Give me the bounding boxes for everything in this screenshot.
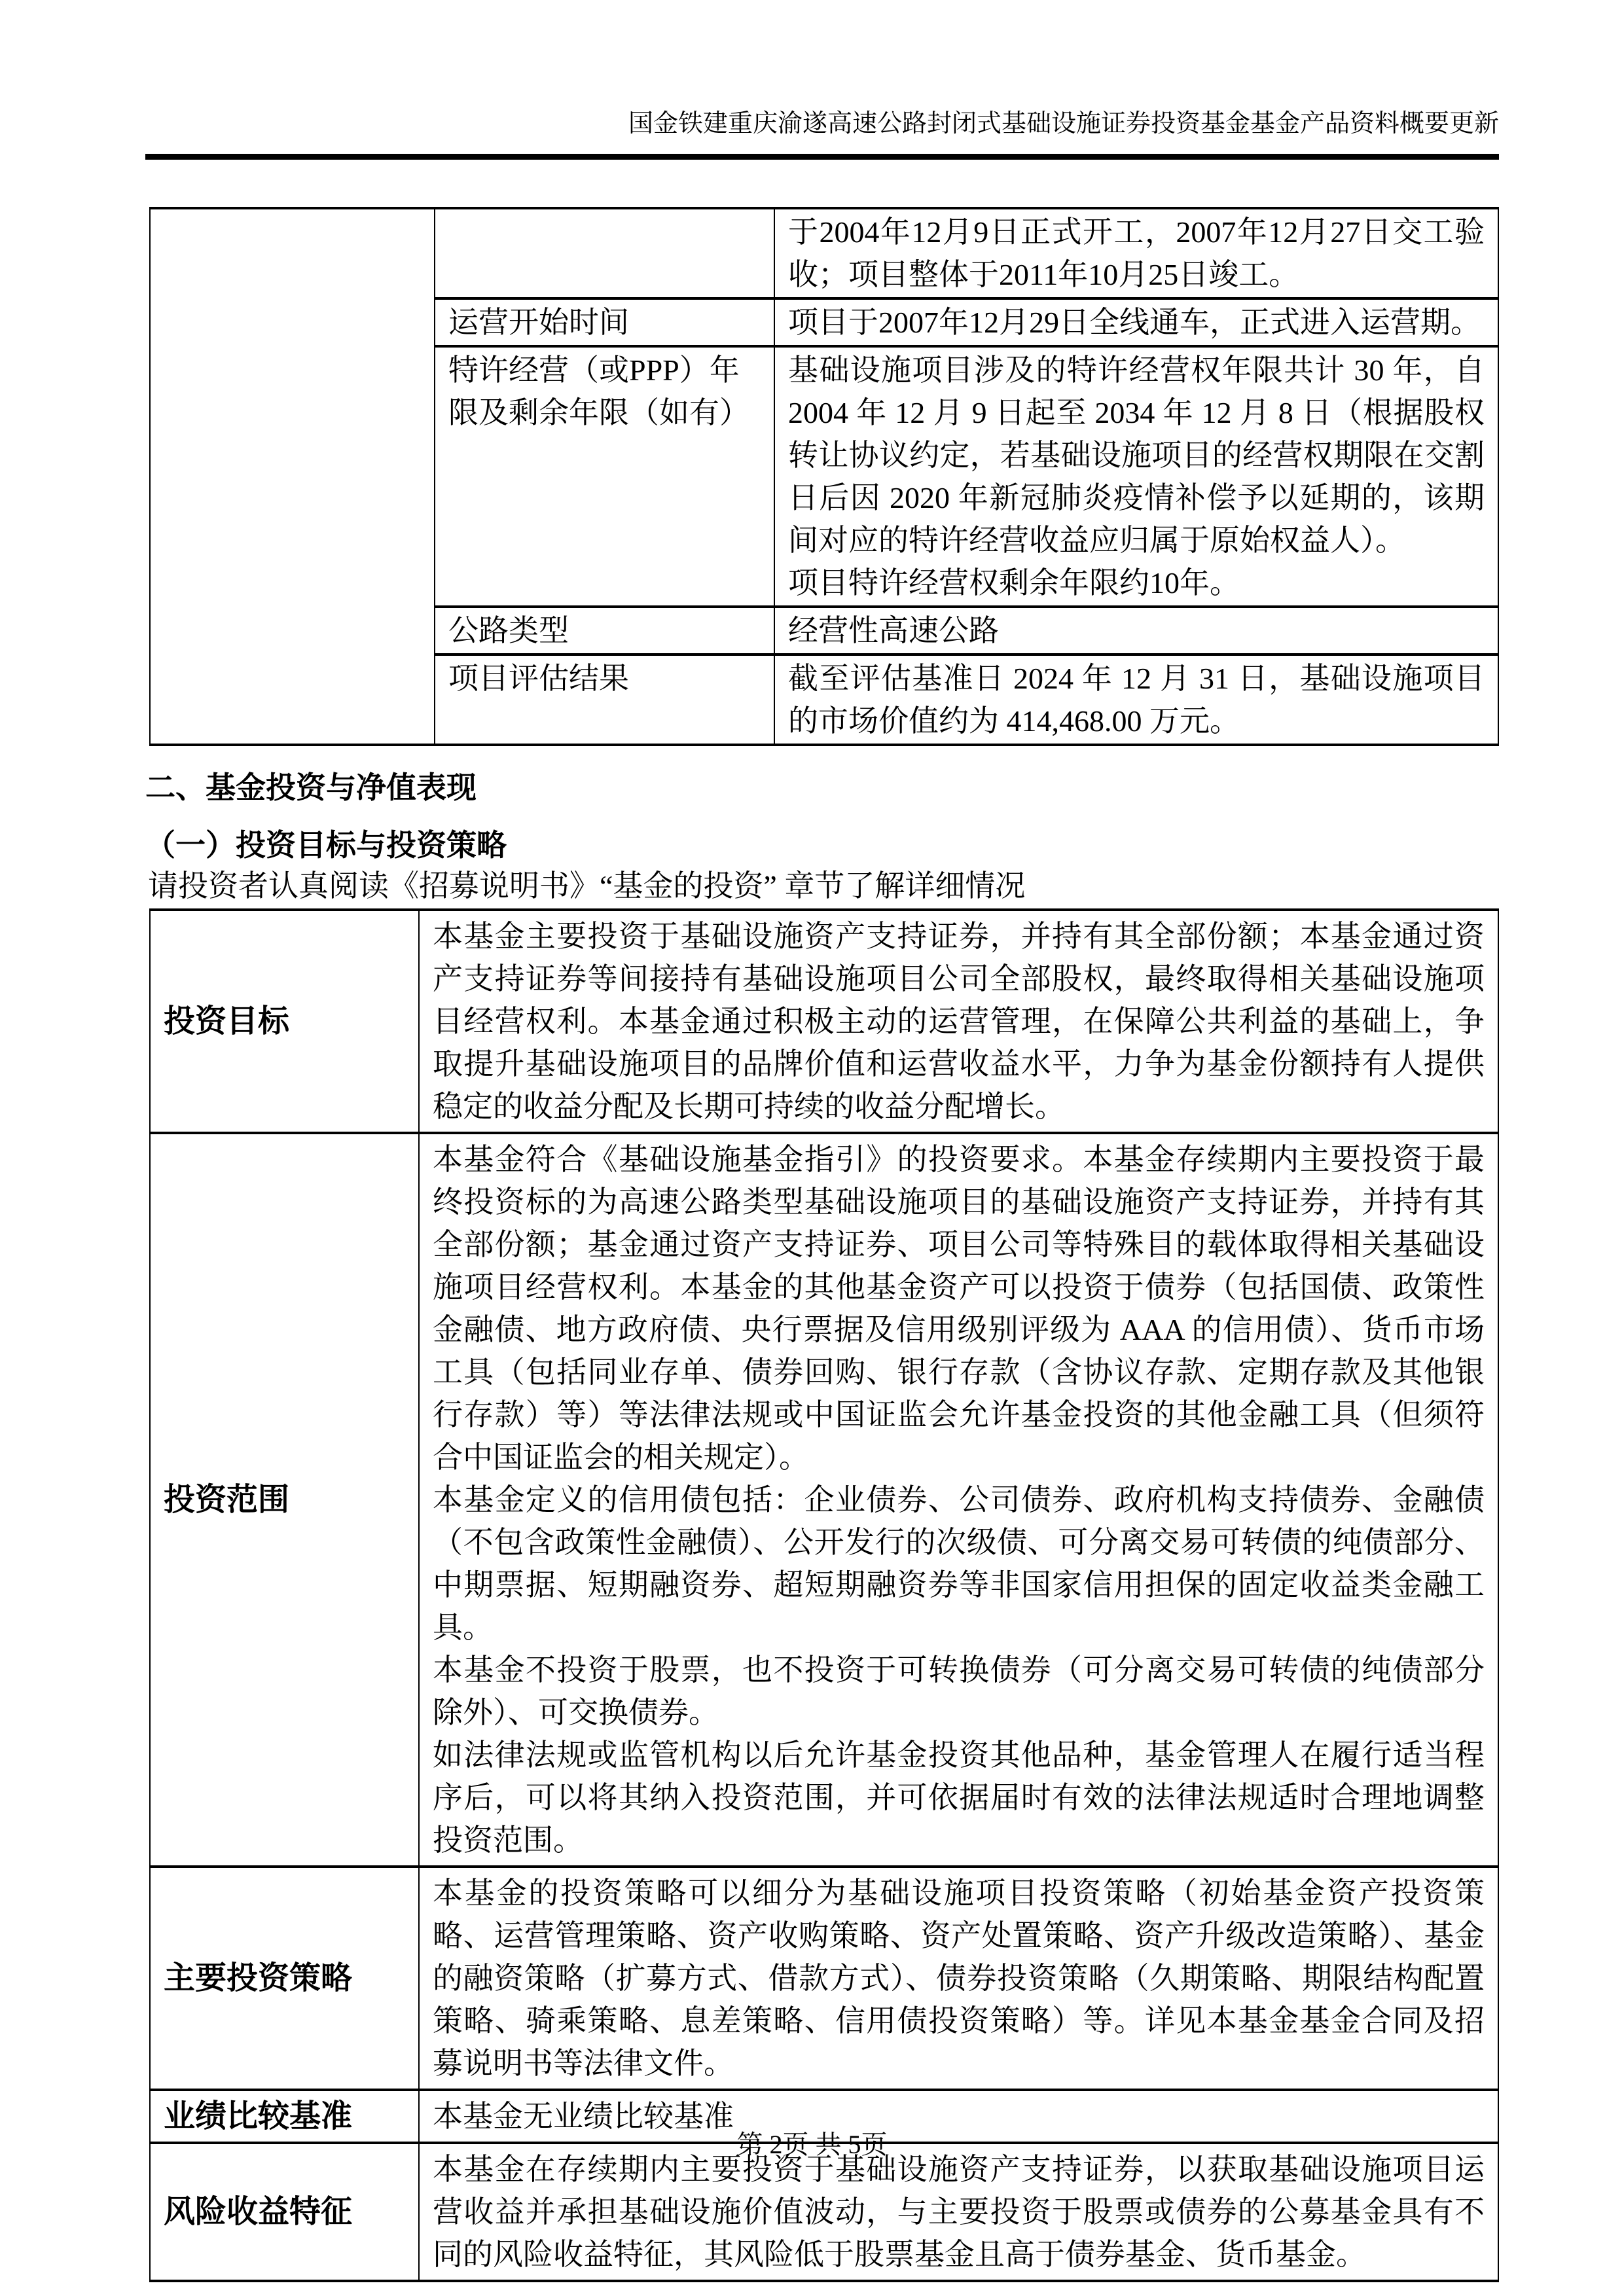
row-content-risk-return-profile: 本基金在存续期内主要投资于基础设施资产支持证券，以获取基础设施项目运营收益并承担… — [419, 2143, 1498, 2281]
page-content: 国金铁建重庆渝遂高速公路封闭式基础设施证券投资基金基金产品资料概要更新 于200… — [0, 0, 1624, 2296]
row-label-investment-objective: 投资目标 — [150, 910, 419, 1133]
row-label-risk-return-profile: 风险收益特征 — [150, 2143, 419, 2281]
project-info-table: 于2004年12月9日正式开工，2007年12月27日交工验收；项目整体于201… — [149, 207, 1499, 746]
paragraph: 项目特许经营权剩余年限约10年。 — [788, 562, 1485, 604]
paragraph: 本基金不投资于股票，也不投资于可转换债券（可分离交易可转债的纯债部分除外）、可交… — [433, 1649, 1485, 1734]
paragraph: 如法律法规或监管机构以后允许基金投资其他品种，基金管理人在履行适当程序后，可以将… — [433, 1734, 1485, 1861]
table-row: 主要投资策略 本基金的投资策略可以细分为基础设施项目投资策略（初始基金资产投资策… — [150, 1867, 1498, 2090]
row-label-operation-start: 运营开始时间 — [435, 298, 774, 346]
row-label-construction — [435, 208, 774, 298]
row-label-road-type: 公路类型 — [435, 607, 774, 655]
section-heading: 二、基金投资与净值表现 — [145, 768, 1499, 806]
header-rule — [145, 154, 1499, 160]
row-label-main-strategy: 主要投资策略 — [150, 1867, 419, 2090]
table-row: 投资目标 本基金主要投资于基础设施资产支持证券，并持有其全部份额；本基金通过资产… — [150, 910, 1498, 1133]
investment-table: 投资目标 本基金主要投资于基础设施资产支持证券，并持有其全部份额；本基金通过资产… — [149, 908, 1499, 2282]
reader-note: 请投资者认真阅读《招募说明书》“基金的投资” 章节了解详细情况 — [148, 868, 1499, 905]
paragraph: 截至评估基准日 2024 年 12 月 31 日，基础设施项目的市场价值约为 4… — [788, 657, 1485, 742]
row-content-concession-term: 基础设施项目涉及的特许经营权年限共计 30 年，自 2004 年 12 月 9 … — [774, 346, 1498, 607]
table-row: 投资范围 本基金符合《基础设施基金指引》的投资要求。本基金存续期内主要投资于最终… — [150, 1133, 1498, 1867]
table-row: 风险收益特征 本基金在存续期内主要投资于基础设施资产支持证券，以获取基础设施项目… — [150, 2143, 1498, 2281]
paragraph: 于2004年12月9日正式开工，2007年12月27日交工验收；项目整体于201… — [788, 211, 1485, 296]
paragraph: 本基金的投资策略可以细分为基础设施项目投资策略（初始基金资产投资策略、运营管理策… — [433, 1872, 1485, 2085]
paragraph: 本基金主要投资于基础设施资产支持证券，并持有其全部份额；本基金通过资产支持证券等… — [433, 915, 1485, 1128]
row-label-investment-scope: 投资范围 — [150, 1133, 419, 1867]
paragraph: 基础设施项目涉及的特许经营权年限共计 30 年，自 2004 年 12 月 9 … — [788, 349, 1485, 562]
row-content-main-strategy: 本基金的投资策略可以细分为基础设施项目投资策略（初始基金资产投资策略、运营管理策… — [419, 1867, 1498, 2090]
paragraph: 本基金定义的信用债包括：企业债券、公司债券、政府机构支持债券、金融债（不包含政策… — [433, 1479, 1485, 1649]
paragraph: 本基金在存续期内主要投资于基础设施资产支持证券，以获取基础设施项目运营收益并承担… — [433, 2148, 1485, 2276]
merged-empty-cell — [150, 208, 435, 745]
doc-title: 国金铁建重庆渝遂高速公路封闭式基础设施证券投资基金基金产品资料概要更新 — [145, 108, 1499, 139]
row-content-road-type: 经营性高速公路 — [774, 607, 1498, 655]
row-label-appraisal-result: 项目评估结果 — [435, 655, 774, 745]
table-row: 于2004年12月9日正式开工，2007年12月27日交工验收；项目整体于201… — [150, 208, 1498, 298]
subsection-heading: （一）投资目标与投资策略 — [145, 826, 1499, 864]
paragraph: 经营性高速公路 — [788, 609, 1485, 652]
document-page: { "header": { "doc_title": "国金铁建重庆渝遂高速公路… — [0, 0, 1624, 2296]
page-footer: 第 2页 共 5页 — [0, 2128, 1624, 2161]
row-content-operation-start: 项目于2007年12月29日全线通车，正式进入运营期。 — [774, 298, 1498, 346]
row-label-concession-term: 特许经营（或PPP）年限及剩余年限（如有） — [435, 346, 774, 607]
row-content-appraisal-result: 截至评估基准日 2024 年 12 月 31 日，基础设施项目的市场价值约为 4… — [774, 655, 1498, 745]
row-content-investment-objective: 本基金主要投资于基础设施资产支持证券，并持有其全部份额；本基金通过资产支持证券等… — [419, 910, 1498, 1133]
row-content-construction: 于2004年12月9日正式开工，2007年12月27日交工验收；项目整体于201… — [774, 208, 1498, 298]
paragraph: 项目于2007年12月29日全线通车，正式进入运营期。 — [788, 301, 1485, 344]
paragraph: 本基金符合《基础设施基金指引》的投资要求。本基金存续期内主要投资于最终投资标的为… — [433, 1138, 1485, 1479]
row-content-investment-scope: 本基金符合《基础设施基金指引》的投资要求。本基金存续期内主要投资于最终投资标的为… — [419, 1133, 1498, 1867]
